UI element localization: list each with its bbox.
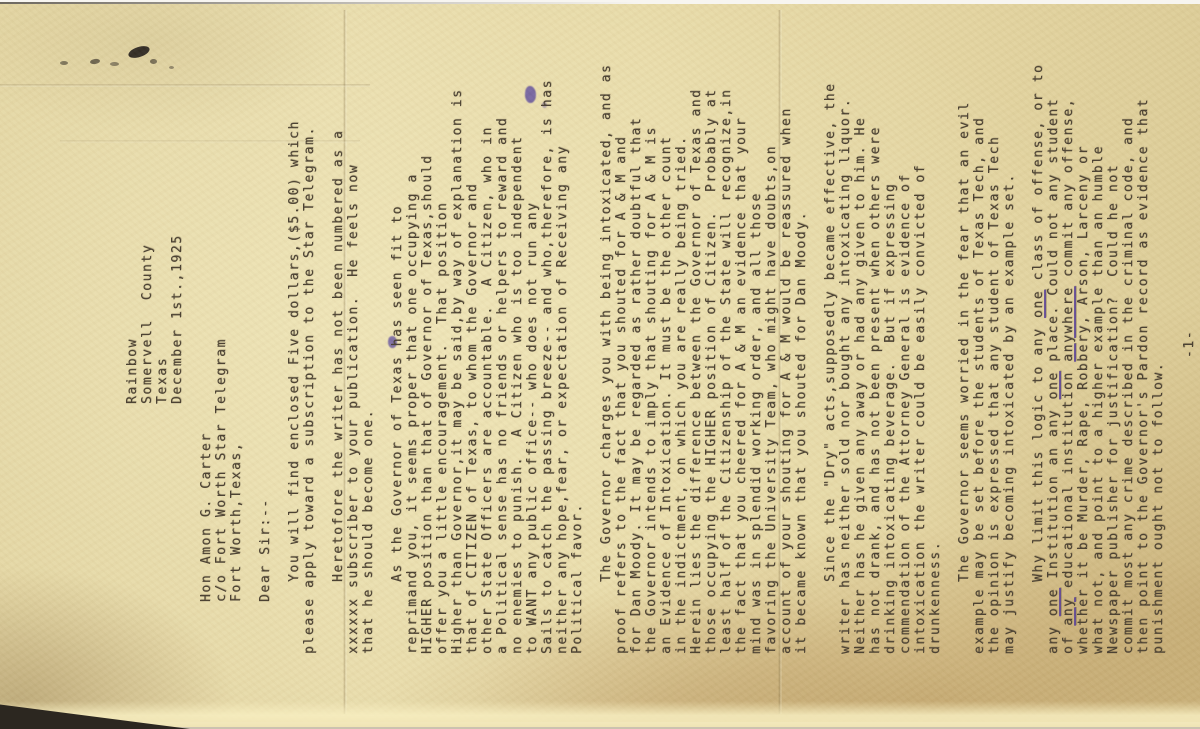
blank-line: [1017, 22, 1031, 654]
blank-line: [585, 22, 599, 654]
letter-line: has not drank, and has not been present …: [868, 22, 883, 654]
letterhead-date-block: RainbowSomervell CountyTexasDecember 1st…: [125, 22, 185, 654]
line-text: intoxication the writer could be easily …: [913, 164, 928, 654]
line-text: drinking intoxicating beverage. But if e…: [883, 183, 898, 654]
line-text: You will find enclosed Five dollars,($5.…: [287, 120, 302, 582]
letter-line: that he should become one.: [361, 22, 376, 654]
paragraph: As the Governor of Texas has seen fit to…: [390, 22, 585, 654]
line-text: offer you a little encouragement. That p…: [435, 202, 450, 654]
line-text: the opinion is expressed that any studen…: [987, 136, 1002, 654]
line-text: Political favor.: [570, 503, 585, 654]
line-text: Hon Amon G. Carter: [199, 432, 214, 602]
line-text: place. Could not any student: [1046, 98, 1061, 371]
letter-line: please apply toward a subscription to th…: [302, 22, 317, 654]
letter-line: Rainbow: [125, 22, 140, 654]
letter-line: that of CITIZEN of Texas, to whom the Go…: [465, 22, 480, 654]
line-text: class of offense, or to: [1031, 64, 1046, 290]
line-text: commit any offense,: [1061, 98, 1076, 287]
line-text: then point to the Governor's Pardon reco…: [1136, 98, 1151, 654]
paragraph: The Governor charges you with being into…: [599, 22, 809, 654]
letter-line: an Evidence of Intoxication. It must be …: [659, 22, 674, 654]
letter-line: of any educational institution anywhere …: [1061, 22, 1076, 654]
letter-line: Political favor.: [570, 22, 585, 654]
letter-line: writer has neither sold nor bought any i…: [838, 22, 853, 654]
paragraph: Why limit this logic to any one class of…: [1031, 22, 1166, 654]
letter-line: As the Governor of Texas has seen fit to: [390, 22, 405, 654]
line-text: Herein lies the difference between the G…: [689, 88, 704, 654]
letter-line: any one Institution an any one place. Co…: [1046, 22, 1061, 654]
line-text: what not, and point to a higher example …: [1091, 145, 1106, 654]
letter-line: Neither has he given any away or had any…: [853, 22, 868, 654]
line-text: other State Officers are accountable. A …: [480, 126, 495, 654]
pen-underlined-word: any: [1061, 597, 1076, 625]
letter-line: mind was in splendid working order, and …: [749, 22, 764, 654]
paragraph: Since the "Dry" acts,supposedly became e…: [823, 22, 943, 654]
letter-line: favoring the University Team, who might …: [764, 22, 779, 654]
line-text: it became known that you shouted for Dan…: [794, 211, 809, 654]
line-text: least half of the Citizenship of the Sta…: [719, 88, 734, 654]
letter-line: those occupying the HIGHER position of C…: [704, 22, 719, 654]
letter-line: Newspaper publisher for justification? C…: [1106, 22, 1121, 654]
letter-line: Hon Amon G. Carter: [199, 22, 214, 654]
letter-line: example may be set before the students o…: [972, 22, 987, 654]
line-text: to WANT any public office-- who does not…: [525, 202, 540, 654]
line-text: Neither has he given any away or had any…: [853, 117, 868, 654]
line-text: xxxxxx subscriber to your publication. H…: [346, 164, 361, 654]
line-text: example may be set before the students o…: [972, 117, 987, 654]
blank-line: [809, 22, 823, 654]
line-text: writer has neither sold nor bought any i…: [838, 98, 853, 654]
letter-line: drunkenness.: [928, 22, 943, 654]
line-text: may justify becoming intoxicated by an e…: [1002, 173, 1017, 654]
letter-line: Higher than Governor,it may be said,by w…: [450, 22, 465, 654]
line-text: Dear Sir:--: [258, 498, 273, 602]
letter-line: Fort Worth,Texas,: [229, 22, 244, 654]
line-text: Sails to catch the passing breeze-- and …: [540, 79, 555, 654]
line-text: the fact that you cheered for A & M an e…: [734, 117, 749, 654]
letter-line: least half of the Citizenship of the Sta…: [719, 22, 734, 654]
paragraph: Heretofore the writer has not been numbe…: [331, 22, 376, 654]
letter-line: Heretofore the writer has not been numbe…: [331, 22, 346, 654]
letter-line: neither any hope,fear, or expectation of…: [555, 22, 570, 654]
line-text: proof refers to the fact that you shoute…: [614, 136, 629, 654]
letter-line: whether it be Murder, Rape, Robbery, Ars…: [1076, 22, 1091, 654]
line-text: whether it be Murder, Rape, Robbery, Ars…: [1076, 145, 1091, 654]
letter-line: Since the "Dry" acts,supposedly became e…: [823, 22, 838, 654]
line-text: the Governor intends to imply that shout…: [644, 126, 659, 654]
line-text: mind was in splendid working order, and …: [749, 192, 764, 654]
letter-line: for Dan Moody. It may be regarded as rat…: [629, 22, 644, 654]
line-text: December 1st.,1925: [170, 234, 185, 404]
letter-line: commendation of the Attorney General is …: [898, 22, 913, 654]
letter-line: the opinion is expressed that any studen…: [987, 22, 1002, 654]
pen-underlined-word: one: [1031, 290, 1046, 318]
letter-line: The Governor charges you with being into…: [599, 22, 614, 654]
blank-line: [317, 22, 331, 654]
line-text: of: [1061, 626, 1076, 654]
line-text: The Governor seems worried in the fear t…: [957, 101, 972, 582]
line-text: for Dan Moody. It may be regarded as rat…: [629, 117, 644, 654]
letter-line: reprimand you, it seems proper that one …: [405, 22, 420, 654]
line-text: that he should become one.: [361, 409, 376, 654]
letter-line: Sails to catch the passing breeze-- and …: [540, 22, 555, 654]
letter-line: may justify becoming intoxicated by an e…: [1002, 22, 1017, 654]
blank-line: [273, 22, 287, 654]
line-text: Heretofore the writer has not been numbe…: [331, 130, 346, 582]
letter-line: proof refers to the fact that you shoute…: [614, 22, 629, 654]
line-text: The Governor charges you with being into…: [599, 64, 614, 582]
line-text: educational institution: [1061, 362, 1076, 598]
blank-line: [1166, 22, 1180, 654]
letter-line: the fact that you cheered for A & M an e…: [734, 22, 749, 654]
line-text: no enemies to punish. A Citizen who is t…: [510, 136, 525, 654]
line-text: punishment ought not to follow.: [1151, 362, 1166, 654]
line-text: Fort Worth,Texas,: [229, 442, 244, 602]
letter-line: Why limit this logic to any one class of…: [1031, 22, 1046, 654]
letter-line: Texas: [155, 22, 170, 654]
line-text: account of your shouting for A & M would…: [779, 107, 794, 654]
line-text: Rainbow: [125, 338, 140, 404]
line-text: Somervell County: [140, 244, 155, 404]
letter-line: in the indictment, on which you are real…: [674, 22, 689, 654]
letter-line: December 1st.,1925: [170, 22, 185, 654]
blank-line: [185, 22, 199, 654]
letter-body: RainbowSomervell CountyTexasDecember 1st…: [125, 22, 1197, 654]
letter-line: what not, and point to a higher example …: [1091, 22, 1106, 654]
line-text: commit most any crime described in the c…: [1121, 117, 1136, 654]
line-text: commendation of the Attorney General is …: [898, 173, 913, 654]
line-text: those occupying the HIGHER position of C…: [704, 88, 719, 654]
pen-underlined-word: anywhere: [1061, 286, 1076, 361]
recipient-address-block: Hon Amon G. Carterc/o Fort Worth Star Te…: [199, 22, 244, 654]
letter-line: account of your shouting for A & M would…: [779, 22, 794, 654]
scanned-letter-canvas: RainbowSomervell CountyTexasDecember 1st…: [0, 0, 1200, 729]
line-text: Institution an any: [1046, 399, 1061, 588]
letter-line: punishment ought not to follow.: [1151, 22, 1166, 654]
line-text: in the indictment, on which you are real…: [674, 136, 689, 654]
letter-line: You will find enclosed Five dollars,($5.…: [287, 22, 302, 654]
letter-line: other State Officers are accountable. A …: [480, 22, 495, 654]
line-text: Since the "Dry" acts,supposedly became e…: [823, 82, 838, 582]
letter-page: RainbowSomervell CountyTexasDecember 1st…: [10, 12, 1190, 718]
letter-line: Somervell County: [140, 22, 155, 654]
letter-line: it became known that you shouted for Dan…: [794, 22, 809, 654]
line-text: has not drank, and has not been present …: [868, 126, 883, 654]
pen-underlined-word: one: [1046, 371, 1061, 399]
blank-line: [376, 22, 390, 654]
letter-line: commit most any crime described in the c…: [1121, 22, 1136, 654]
line-text: HIGHER position than that of Governor of…: [420, 154, 435, 654]
line-text: As the Governor of Texas has seen fit to: [390, 205, 405, 582]
line-text: any: [1046, 616, 1061, 654]
blank-line: [244, 22, 258, 654]
pen-underlined-word: one: [1046, 588, 1061, 616]
letter-line: Dear Sir:--: [258, 22, 273, 654]
page-number: -1-: [1182, 34, 1197, 654]
line-text: Why limit this logic to any: [1031, 318, 1046, 582]
letter-line: drinking intoxicating beverage. But if e…: [883, 22, 898, 654]
letter-line: c/o Fort Worth Star Telegram: [214, 22, 229, 654]
paragraph: You will find enclosed Five dollars,($5.…: [287, 22, 317, 654]
line-text: Higher than Governor,it may be said,by w…: [450, 88, 465, 654]
line-text: a Political sense has no friends or help…: [495, 117, 510, 654]
blank-line: [943, 22, 957, 654]
paper-bottom-edge: [0, 701, 1200, 729]
letter-line: offer you a little encouragement. That p…: [435, 22, 450, 654]
letter-rotor: RainbowSomervell CountyTexasDecember 1st…: [10, 12, 1190, 718]
letter-line: the Governor intends to imply that shout…: [644, 22, 659, 654]
line-text: that of CITIZEN of Texas, to whom the Go…: [465, 183, 480, 654]
page-number-text: -1-: [1182, 330, 1197, 358]
letter-line: xxxxxx subscriber to your publication. H…: [346, 22, 361, 654]
line-text: Texas: [155, 357, 170, 404]
line-text: c/o Fort Worth Star Telegram: [214, 338, 229, 602]
line-text: reprimand you, it seems proper that one …: [405, 173, 420, 654]
letter-line: intoxication the writer could be easily …: [913, 22, 928, 654]
line-text: neither any hope,fear, or expectation of…: [555, 145, 570, 654]
letter-line: The Governor seems worried in the fear t…: [957, 22, 972, 654]
letter-line: HIGHER position than that of Governor of…: [420, 22, 435, 654]
paragraph: The Governor seems worried in the fear t…: [957, 22, 1017, 654]
letter-paragraphs: You will find enclosed Five dollars,($5.…: [287, 22, 1180, 654]
letter-line: Herein lies the difference between the G…: [689, 22, 704, 654]
line-text: please apply toward a subscription to th…: [302, 126, 317, 654]
line-text: an Evidence of Intoxication. It must be …: [659, 136, 674, 654]
letter-line: to WANT any public office-- who does not…: [525, 22, 540, 654]
salutation: Dear Sir:--: [258, 22, 273, 654]
line-text: Newspaper publisher for justification? C…: [1106, 164, 1121, 654]
line-text: drunkenness.: [928, 541, 943, 654]
line-text: favoring the University Team, who might …: [764, 145, 779, 654]
letter-line: a Political sense has no friends or help…: [495, 22, 510, 654]
letter-line: then point to the Governor's Pardon reco…: [1136, 22, 1151, 654]
letter-line: no enemies to punish. A Citizen who is t…: [510, 22, 525, 654]
